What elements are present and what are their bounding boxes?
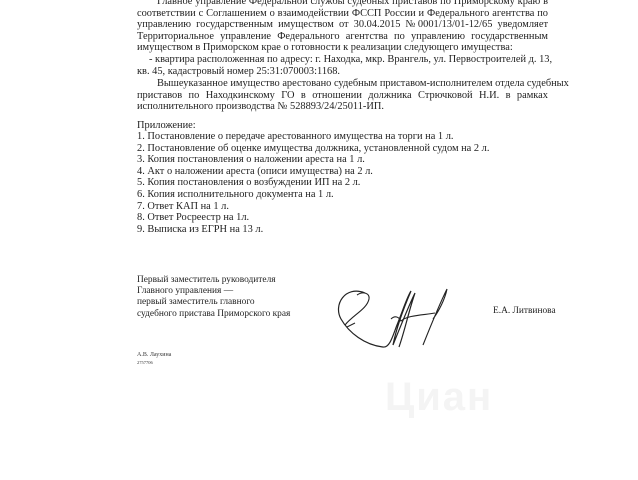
attachment-item: 3. Копия постановления о наложении арест…	[137, 154, 489, 166]
handwritten-signature-icon	[335, 285, 465, 355]
signer-title-line: Главного управления —	[137, 286, 290, 297]
arrest-paragraph: Вышеуказанное имущество арестовано судеб…	[137, 78, 548, 113]
signer-name: Е.А. Литвинова	[493, 306, 556, 316]
executor-phone: 2757706	[137, 359, 171, 366]
signer-title-line: Первый заместитель руководителя	[137, 275, 290, 286]
attachment-item: 6. Копия исполнительного документа на 1 …	[137, 189, 489, 201]
watermark-logo: Циан	[385, 375, 565, 435]
text-line: Вышеуказанное имущество арестовано судеб…	[137, 78, 548, 90]
property-address-line: - квартира расположенная по адресу: г. Н…	[137, 54, 548, 66]
text-line: Территориальное управление Федерального …	[137, 31, 548, 43]
signer-title-line: судебного пристава Приморского края	[137, 309, 290, 320]
attachment-item: 2. Постановление об оценке имущества дол…	[137, 143, 489, 155]
text-line: соответствии с Соглашением о взаимодейст…	[137, 8, 548, 20]
document-page: Главное управление Федеральной службы су…	[0, 0, 638, 480]
attachment-item: 1. Постановление о передаче арестованног…	[137, 131, 489, 143]
attachments-list: 1. Постановление о передаче арестованног…	[137, 131, 489, 235]
attachment-item: 5. Копия постановления о возбуждении ИП …	[137, 177, 489, 189]
attachment-item: 9. Выписка из ЕГРН на 13 л.	[137, 224, 489, 236]
text-line: управлению государственным имуществом от…	[137, 19, 548, 31]
text-line: Главное управление Федеральной службы су…	[137, 0, 548, 8]
notice-paragraph: Главное управление Федеральной службы су…	[137, 0, 548, 77]
cadastral-number-line: кв. 45, кадастровый номер 25:31:070003:1…	[137, 66, 548, 78]
executor-info: А.В. Лаухина 2757706	[137, 352, 171, 366]
attachment-item: 7. Ответ КАП на 1 л.	[137, 201, 489, 213]
text-line: исполнительного производства № 528893/24…	[137, 101, 548, 113]
text-line: имуществом в Приморском крае о готовност…	[137, 42, 548, 54]
attachment-item: 8. Ответ Росреестр на 1л.	[137, 212, 489, 224]
signer-title-line: первый заместитель главного	[137, 297, 290, 308]
executor-name: А.В. Лаухина	[137, 352, 171, 359]
attachments-title: Приложение:	[137, 120, 196, 131]
text-line: приставов по Находкинскому ГО в отношени…	[137, 90, 548, 102]
attachment-item: 4. Акт о наложении ареста (описи имущест…	[137, 166, 489, 178]
signer-title: Первый заместитель руководителя Главного…	[137, 275, 290, 320]
